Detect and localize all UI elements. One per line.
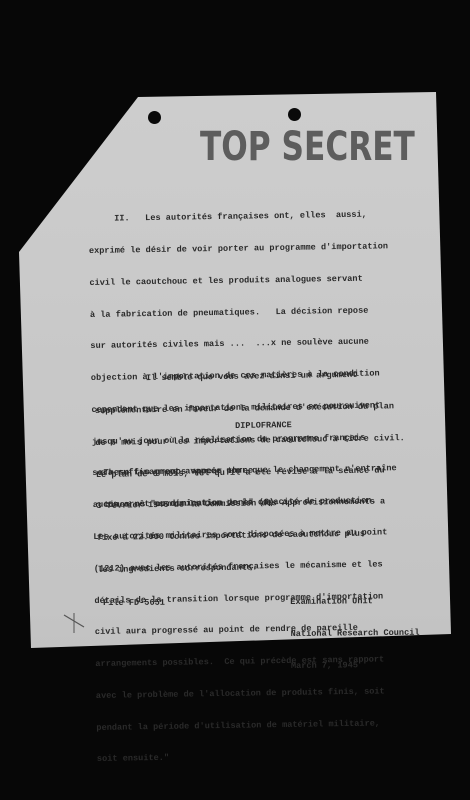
scan-viewport: TOP SECRET II. Les autorités françaises … bbox=[0, 0, 470, 800]
text-line: pendant la période d'utilisation de maté… bbox=[96, 718, 400, 733]
punch-hole-right bbox=[288, 108, 301, 121]
text-line: times as "communication zone" (?) . bbox=[99, 497, 285, 511]
handwritten-cross-mark-icon bbox=[62, 612, 86, 634]
text-line: Il semble que vous avez ainsi un argumen… bbox=[94, 369, 404, 384]
text-line: supplémentaire en faveur de la demande d… bbox=[95, 401, 405, 416]
footnote: xThese two groups appear three times as … bbox=[98, 444, 285, 532]
text-line: exprimé le désir de voir porter au progr… bbox=[89, 241, 393, 256]
file-reference: File FD-5651 bbox=[103, 598, 165, 609]
signature: DIPLOFRANCE bbox=[235, 420, 292, 431]
punch-hole-left bbox=[148, 111, 161, 124]
text-line: II. Les autorités françaises ont, elles … bbox=[88, 209, 392, 224]
text-line: xThese two groups appear three bbox=[98, 465, 284, 479]
issuer-unit: Examination Unit bbox=[290, 596, 419, 608]
issuer-block: Examination Unit National Research Counc… bbox=[290, 575, 420, 693]
text-line: soit ensuite." bbox=[97, 750, 401, 765]
top-secret-stamp: TOP SECRET bbox=[200, 124, 415, 170]
text-line: civil le caoutchouc et les produits anal… bbox=[89, 273, 393, 288]
text-line: à la fabrication de pneumatiques. La déc… bbox=[90, 305, 394, 320]
text-line: les ingrédients correspondants. bbox=[97, 560, 407, 575]
issue-date: March 7, 1945 bbox=[291, 659, 420, 671]
issuer-organization: National Research Council bbox=[291, 628, 420, 640]
